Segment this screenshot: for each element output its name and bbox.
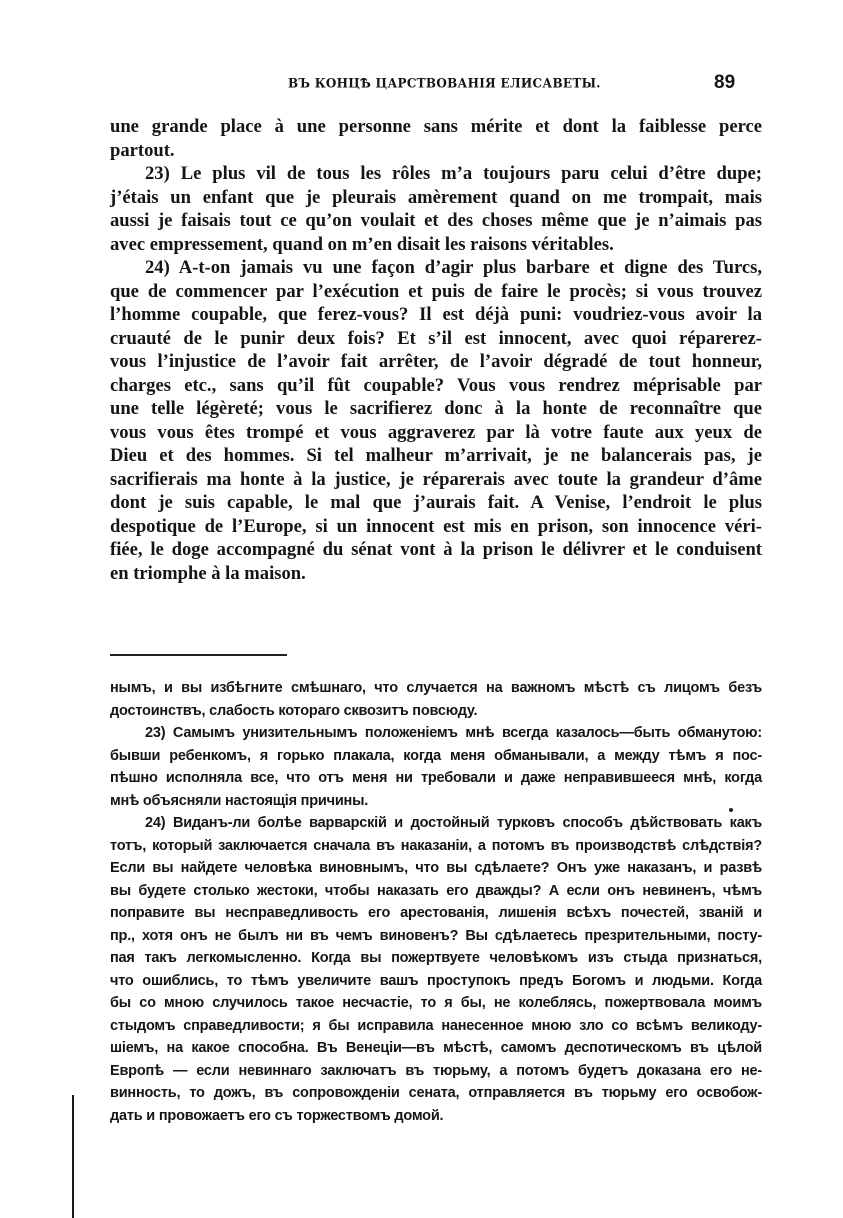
text-line: vous vous êtes trompé et vous aggraverez… (110, 421, 762, 445)
text-line: une grande place à une personne sans mér… (110, 115, 762, 139)
text-line: despotique de l’Europe, si un innocent e… (110, 515, 762, 539)
footnote-line: бывши ребенкомъ, я горько плакала, когда… (110, 745, 762, 768)
ink-speck (729, 808, 733, 812)
footnote-24-start: 24) Виданъ-ли болѣе варварскій и достойн… (110, 812, 762, 835)
footnote-line: мнѣ объясняли настоящія причины. (110, 790, 762, 813)
main-french-text: une grande place à une personne sans mér… (110, 115, 762, 585)
text-line: avec empressement, quand on m’en disait … (110, 233, 762, 257)
text-line: Dieu et des hommes. Si tel malheur m’arr… (110, 444, 762, 468)
footnote-line: пая такъ легкомысленно. Когда вы пожертв… (110, 947, 762, 970)
text-line: en triomphe à la maison. (110, 562, 762, 586)
footnote-line: что ошиблись, то тѣмъ увеличите вашъ про… (110, 970, 762, 993)
text-line: l’homme coupable, que ferez-vous? Il est… (110, 303, 762, 327)
footnote-line: пр., хотя онъ не былъ ни въ чемъ виновен… (110, 925, 762, 948)
binding-margin-line (72, 1095, 74, 1218)
paragraph-23-start: 23) Le plus vil de tous les rôles m’a to… (110, 162, 762, 186)
footnote-separator-rule (110, 654, 287, 656)
footnote-line: поправите вы несправедливость его аресто… (110, 902, 762, 925)
text-line: partout. (110, 139, 762, 163)
text-line: dont je suis capable, le mal que j’aurai… (110, 491, 762, 515)
text-line: fiée, le doge accompagné du sénat vont à… (110, 538, 762, 562)
footnote-line: шіемъ, на какое способна. Въ Венеціи—въ … (110, 1037, 762, 1060)
footnote-line: бы со мною случилось такое несчастіе, то… (110, 992, 762, 1015)
book-page: ВЪ КОНЦѢ ЦАРСТВОВАНІЯ ЕЛИСАВЕТЫ. 89 une … (0, 0, 843, 1218)
text-line: charges etc., sans qu’il fût coupable? V… (110, 374, 762, 398)
footnote-line: нымъ, и вы избѣгните смѣшнаго, что случа… (110, 677, 762, 700)
running-head-title: ВЪ КОНЦѢ ЦАРСТВОВАНІЯ ЕЛИСАВЕТЫ. (288, 75, 601, 90)
russian-footnotes: нымъ, и вы избѣгните смѣшнаго, что случа… (110, 677, 762, 1127)
text-line: que de commencer par l’exécution et puis… (110, 280, 762, 304)
footnote-line: пѣшно исполняла все, что отъ меня ни тре… (110, 767, 762, 790)
footnote-line: дать и провожаетъ его съ торжествомъ дом… (110, 1105, 762, 1128)
paragraph-24-start: 24) A-t-on jamais vu une façon d’agir pl… (110, 256, 762, 280)
footnote-line: Если вы найдете человѣка виновнымъ, что … (110, 857, 762, 880)
text-line: une telle légèreté; vous le sacrifierez … (110, 397, 762, 421)
text-line: cruauté de le punir deux fois? Et s’il e… (110, 327, 762, 351)
footnote-line: винность, то дожъ, въ сопровожденіи сена… (110, 1082, 762, 1105)
text-line: j’étais un enfant que je pleurais amèrem… (110, 186, 762, 210)
footnote-line: стыдомъ справедливости; я бы исправила н… (110, 1015, 762, 1038)
footnote-line: достоинствъ, слабость котораго сквозитъ … (110, 700, 762, 723)
footnote-23-start: 23) Самымъ унизительнымъ положеніемъ мнѣ… (110, 722, 762, 745)
footnote-line: Европѣ — если невиннаго заключатъ въ тюр… (110, 1060, 762, 1083)
page-number: 89 (714, 72, 735, 94)
footnote-line: вы будете столько жестоки, чтобы наказат… (110, 880, 762, 903)
text-line: aussi je faisais tout ce qu’on voulait e… (110, 209, 762, 233)
footnote-line: тотъ, который заключается сначала въ нак… (110, 835, 762, 858)
text-line: sacrifierais ma honte à la justice, je r… (110, 468, 762, 492)
text-line: vous l’injustice de l’avoir fait arrêter… (110, 350, 762, 374)
